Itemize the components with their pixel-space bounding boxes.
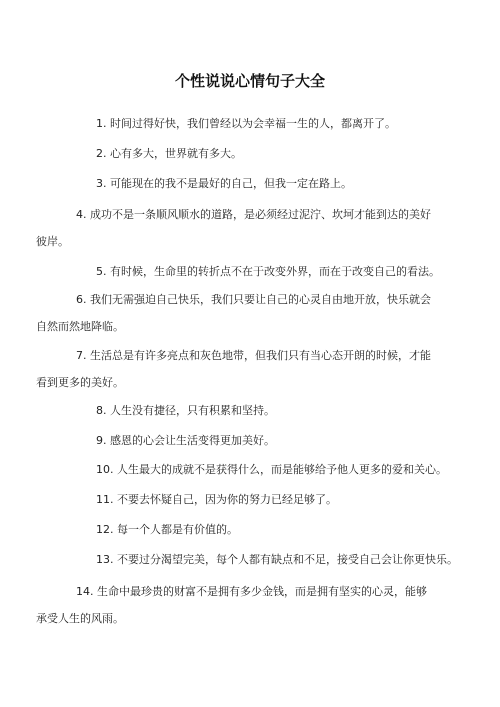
item-line: 3. 可能现在的我不是最好的自己，但我一定在路上。 [76, 170, 406, 197]
page-title: 个性说说心情句子大全 [0, 70, 500, 91]
item-line: 13. 不要过分渴望完美，每个人都有缺点和不足，接受自己会让你更快乐。 [76, 546, 406, 573]
list-item: 3. 可能现在的我不是最好的自己，但我一定在路上。 [76, 170, 406, 197]
list-item: 10. 人生最大的成就不是获得什么，而是能够给予他人更多的爱和关心。 [76, 456, 406, 483]
item-line: 9. 感恩的心会让生活变得更加美好。 [76, 427, 406, 454]
item-line: 自然而然地降临。 [56, 313, 420, 340]
item-line: 14. 生命中最珍贵的财富不是拥有多少金钱，而是拥有坚实的心灵，能够 [56, 578, 420, 605]
list-item: 6. 我们无需强迫自己快乐，我们只要让自己的心灵自由地开放，快乐就会 自然而然地… [56, 286, 420, 340]
list-item: 2. 心有多大，世界就有多大。 [76, 140, 406, 167]
item-line: 4. 成功不是一条顺风顺水的道路，是必须经过泥泞、坎坷才能到达的美好 [56, 201, 420, 228]
item-line: 11. 不要去怀疑自己，因为你的努力已经足够了。 [76, 486, 406, 513]
item-line: 承受人生的风雨。 [56, 605, 420, 632]
item-line: 6. 我们无需强迫自己快乐，我们只要让自己的心灵自由地开放，快乐就会 [56, 286, 420, 313]
list-item: 11. 不要去怀疑自己，因为你的努力已经足够了。 [76, 486, 406, 513]
list-item: 5. 有时候，生命里的转折点不在于改变外界，而在于改变自己的看法。 [76, 258, 406, 285]
item-line: 5. 有时候，生命里的转折点不在于改变外界，而在于改变自己的看法。 [76, 258, 406, 285]
item-line: 10. 人生最大的成就不是获得什么，而是能够给予他人更多的爱和关心。 [76, 456, 406, 483]
list-item: 7. 生活总是有许多亮点和灰色地带，但我们只有当心态开朗的时候，才能 看到更多的… [56, 342, 420, 396]
item-line: 2. 心有多大，世界就有多大。 [76, 140, 406, 167]
list-item: 4. 成功不是一条顺风顺水的道路，是必须经过泥泞、坎坷才能到达的美好 彼岸。 [56, 201, 420, 255]
list-item: 14. 生命中最珍贵的财富不是拥有多少金钱，而是拥有坚实的心灵，能够 承受人生的… [56, 578, 420, 632]
item-line: 7. 生活总是有许多亮点和灰色地带，但我们只有当心态开朗的时候，才能 [56, 342, 420, 369]
item-line: 8. 人生没有捷径，只有积累和坚持。 [76, 397, 406, 424]
item-line: 1. 时间过得好快，我们曾经以为会幸福一生的人，都离开了。 [76, 110, 406, 137]
list-item: 12. 每一个人都是有价值的。 [76, 516, 406, 543]
list-item: 13. 不要过分渴望完美，每个人都有缺点和不足，接受自己会让你更快乐。 [76, 546, 406, 573]
list-item: 9. 感恩的心会让生活变得更加美好。 [76, 427, 406, 454]
list-item: 8. 人生没有捷径，只有积累和坚持。 [76, 397, 406, 424]
item-line: 12. 每一个人都是有价值的。 [76, 516, 406, 543]
item-line: 看到更多的美好。 [56, 369, 420, 396]
list-item: 1. 时间过得好快，我们曾经以为会幸福一生的人，都离开了。 [76, 110, 406, 137]
item-line: 彼岸。 [56, 228, 420, 255]
